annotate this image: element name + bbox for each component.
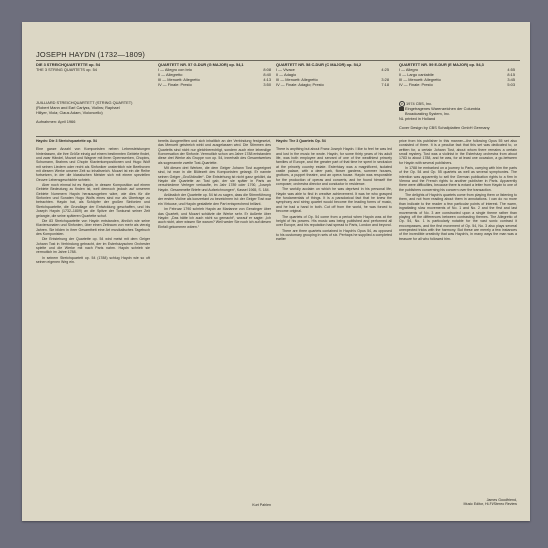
track-row: IV — Finale: Adagio; Presto7:18: [276, 83, 389, 88]
essay-paragraph: Aber noch einmal ist es Haydn, in dessen…: [36, 183, 150, 218]
set-title-en: THE 3 STRING QUARTETS op. 54: [36, 68, 156, 73]
essay-paragraph: Die 83 Streichquartette von Haydn entsta…: [36, 219, 150, 236]
header-divider: [36, 60, 520, 61]
record-sleeve-back: JOSEPH HAYDN (1732—1809) DIE 3 STREICHQU…: [22, 22, 530, 521]
essay-heading: Haydn: The 3 Quartets Op. 54: [276, 139, 392, 143]
essay-paragraph: The quartets of Op. 54 come from a perio…: [276, 215, 392, 228]
printed-text: NL printed in Holland: [399, 117, 524, 122]
essay-german-author: Kurt Pahlen: [222, 503, 271, 507]
essay-paragraph: bereits Ausgereiften und sich inhaltlich…: [158, 139, 271, 165]
essay-german-col2: bereits Ausgereiften und sich inhaltlich…: [158, 139, 271, 230]
section-divider: [36, 136, 520, 137]
essay-paragraph: Eine ganze Anzahl von Komponisten neben …: [36, 147, 150, 182]
quartet-59: QUARTETT NR. 59 E-DUR (E MAJOR) op. 54,3…: [399, 63, 515, 88]
credits-block: P1974 CBS, Inc. Eingetragenes Warenzeich…: [399, 101, 524, 131]
cover-design-credit: Cover Design by CBS Schallplatten GmbH G…: [399, 126, 524, 131]
essay-heading: Haydn: Die 3 Streichquartette op. 54: [36, 139, 150, 143]
track-row: IV — Finale: Presto5:03: [399, 83, 515, 88]
essay-paragraph: price from his publisher in this manner—…: [399, 139, 517, 165]
essay-paragraph: Die Entstehung der Quartette op. 54 wird…: [36, 237, 150, 254]
performers-block: JUILLIARD STREICHQUARTETT (STRING QUARTE…: [36, 101, 186, 125]
essay-paragraph: Mit diesen drei Werken, die dem Geiger J…: [158, 166, 271, 192]
essay-german-col1: Haydn: Die 3 Streichquartette op. 54 Ein…: [36, 139, 150, 265]
track-row: IV — Finale: Presto3:50: [158, 83, 271, 88]
cbs-logo-icon: [399, 107, 404, 111]
essay-english-col1: Haydn: The 3 Quartets Op. 54 There is an…: [276, 139, 392, 243]
essay-paragraph: There is anything but about Franz Joseph…: [276, 147, 392, 186]
page-title: JOSEPH HAYDN (1732—1809): [36, 50, 145, 59]
essay-paragraph: In seinem Streichquartett op. 54 (1788) …: [36, 256, 150, 265]
essay-paragraph: Anlässlich der Quartette op. 54 ist zu s…: [158, 193, 271, 206]
essay-paragraph: The worldly acclaim on which he was depr…: [276, 187, 392, 213]
essay-paragraph: Im Februar 1790 schrieb Haydn an Mariann…: [158, 207, 271, 229]
essay-english-col2: price from his publisher in this manner—…: [399, 139, 517, 242]
set-title-block: DIE 3 STREICHQUARTETTE op. 54 THE 3 STRI…: [36, 63, 156, 73]
quartet-57: QUARTETT NR. 57 G-DUR (G MAJOR) op. 54,1…: [158, 63, 271, 88]
performers-line: Hillyer, Viola; Claus Adam, Violoncello): [36, 111, 186, 116]
quartet-58: QUARTETT NR. 58 C-DUR (C MAJOR) op. 54,2…: [276, 63, 389, 88]
essay-paragraph: In 1788 he embarked on a journey to Pari…: [399, 166, 517, 192]
essay-english-author: James Goodfriend, Music Editor, Hi-Fi/St…: [422, 498, 517, 507]
essay-paragraph: The delights of Haydn's quartets come fr…: [399, 193, 517, 241]
essay-paragraph: There are three quartets contained in Ha…: [276, 229, 392, 242]
author-title: Music Editor, Hi-Fi/Stereo Review: [422, 502, 517, 506]
recording-date: Aufnahmen: April 1966: [36, 120, 186, 125]
